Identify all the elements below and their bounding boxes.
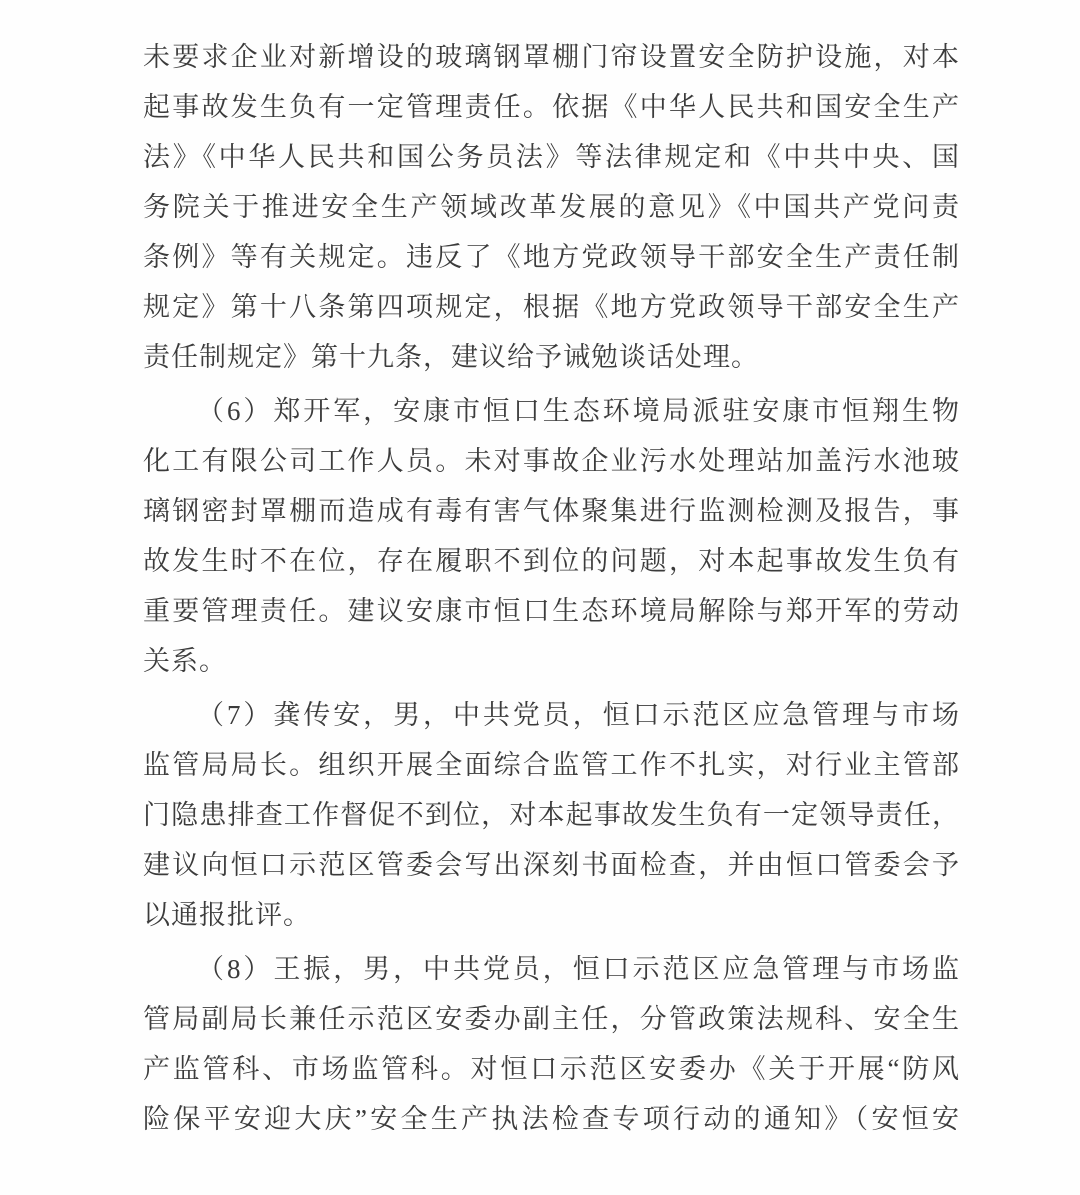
text-line: 化工有限公司工作人员。未对事故企业污水处理站加盖污水池玻: [143, 436, 960, 486]
paragraph-item-8: （8）王振，男，中共党员，恒口示范区应急管理与市场监 管局副局长兼任示范区安委办…: [143, 944, 960, 1144]
text-line: （8）王振，男，中共党员，恒口示范区应急管理与市场监: [143, 944, 960, 994]
text-line: 务院关于推进安全生产领域改革发展的意见》《中国共产党问责: [143, 182, 960, 232]
paragraph-item-6: （6）郑开军，安康市恒口生态环境局派驻安康市恒翔生物 化工有限公司工作人员。未对…: [143, 386, 960, 686]
text-line: 起事故发生负有一定管理责任。依据《中华人民共和国安全生产: [143, 82, 960, 132]
text-line: 管局副局长兼任示范区安委办副主任，分管政策法规科、安全生: [143, 994, 960, 1044]
text-line: 监管局局长。组织开展全面综合监管工作不扎实，对行业主管部: [143, 740, 960, 790]
text-line: 重要管理责任。建议安康市恒口生态环境局解除与郑开军的劳动: [143, 586, 960, 636]
text-line: 险保平安迎大庆”安全生产执法检查专项行动的通知》（安恒安: [143, 1094, 960, 1144]
text-line: 产监管科、市场监管科。对恒口示范区安委办《关于开展“防风: [143, 1044, 960, 1094]
paragraph-continuation: 未要求企业对新增设的玻璃钢罩棚门帘设置安全防护设施，对本 起事故发生负有一定管理…: [143, 32, 960, 382]
text-line: 门隐患排查工作督促不到位，对本起事故发生负有一定领导责任，: [143, 790, 960, 840]
text-line: 责任制规定》第十九条，建议给予诫勉谈话处理。: [143, 332, 960, 382]
paragraph-item-7: （7）龚传安，男，中共党员，恒口示范区应急管理与市场 监管局局长。组织开展全面综…: [143, 690, 960, 940]
text-line: 故发生时不在位，存在履职不到位的问题，对本起事故发生负有: [143, 536, 960, 586]
document-page: 未要求企业对新增设的玻璃钢罩棚门帘设置安全防护设施，对本 起事故发生负有一定管理…: [0, 0, 1080, 1195]
text-line: （7）龚传安，男，中共党员，恒口示范区应急管理与市场: [143, 690, 960, 740]
text-line: 关系。: [143, 636, 960, 686]
text-line: （6）郑开军，安康市恒口生态环境局派驻安康市恒翔生物: [143, 386, 960, 436]
text-line: 建议向恒口示范区管委会写出深刻书面检查，并由恒口管委会予: [143, 840, 960, 890]
text-line: 规定》第十八条第四项规定，根据《地方党政领导干部安全生产: [143, 282, 960, 332]
text-line: 未要求企业对新增设的玻璃钢罩棚门帘设置安全防护设施，对本: [143, 32, 960, 82]
text-line: 条例》等有关规定。违反了《地方党政领导干部安全生产责任制: [143, 232, 960, 282]
text-line: 法》《中华人民共和国公务员法》等法律规定和《中共中央、国: [143, 132, 960, 182]
text-line: 以通报批评。: [143, 890, 960, 940]
text-line: 璃钢密封罩棚而造成有毒有害气体聚集进行监测检测及报告，事: [143, 486, 960, 536]
